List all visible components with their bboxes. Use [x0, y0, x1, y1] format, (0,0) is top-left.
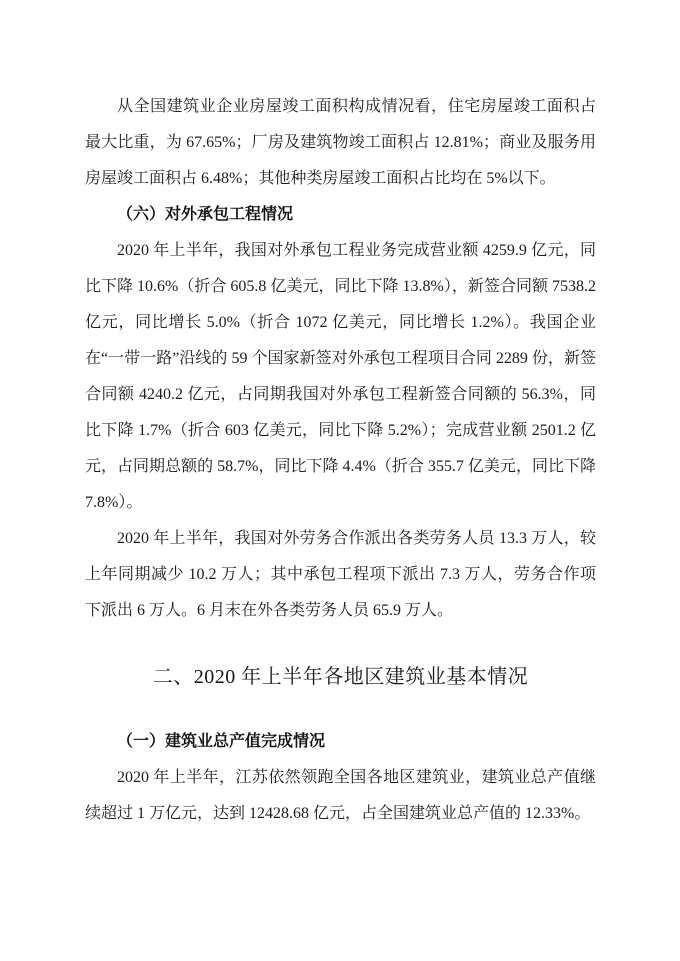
paragraph-jiangsu-output: 2020 年上半年，江苏依然领跑全国各地区建筑业，建筑业总产值继续超过 1 万亿…: [85, 760, 596, 832]
paragraph-labor-cooperation: 2020 年上半年，我国对外劳务合作派出各类劳务人员 13.3 万人，较上年同期…: [85, 521, 596, 629]
heading-section-6-foreign-contracting: （六）对外承包工程情况: [85, 197, 596, 233]
chapter-heading-regional-overview: 二、2020 年上半年各地区建筑业基本情况: [85, 657, 596, 697]
paragraph-foreign-contracting: 2020 年上半年，我国对外承包工程业务完成营业额 4259.9 亿元，同比下降…: [85, 233, 596, 521]
paragraph-completion-area: 从全国建筑业企业房屋竣工面积构成情况看，住宅房屋竣工面积占最大比重，为 67.6…: [85, 89, 596, 197]
heading-section-1-total-output: （一）建筑业总产值完成情况: [85, 724, 596, 760]
document-page: 从全国建筑业企业房屋竣工面积构成情况看，住宅房屋竣工面积占最大比重，为 67.6…: [0, 0, 680, 961]
document-content: 从全国建筑业企业房屋竣工面积构成情况看，住宅房屋竣工面积占最大比重，为 67.6…: [0, 0, 680, 832]
